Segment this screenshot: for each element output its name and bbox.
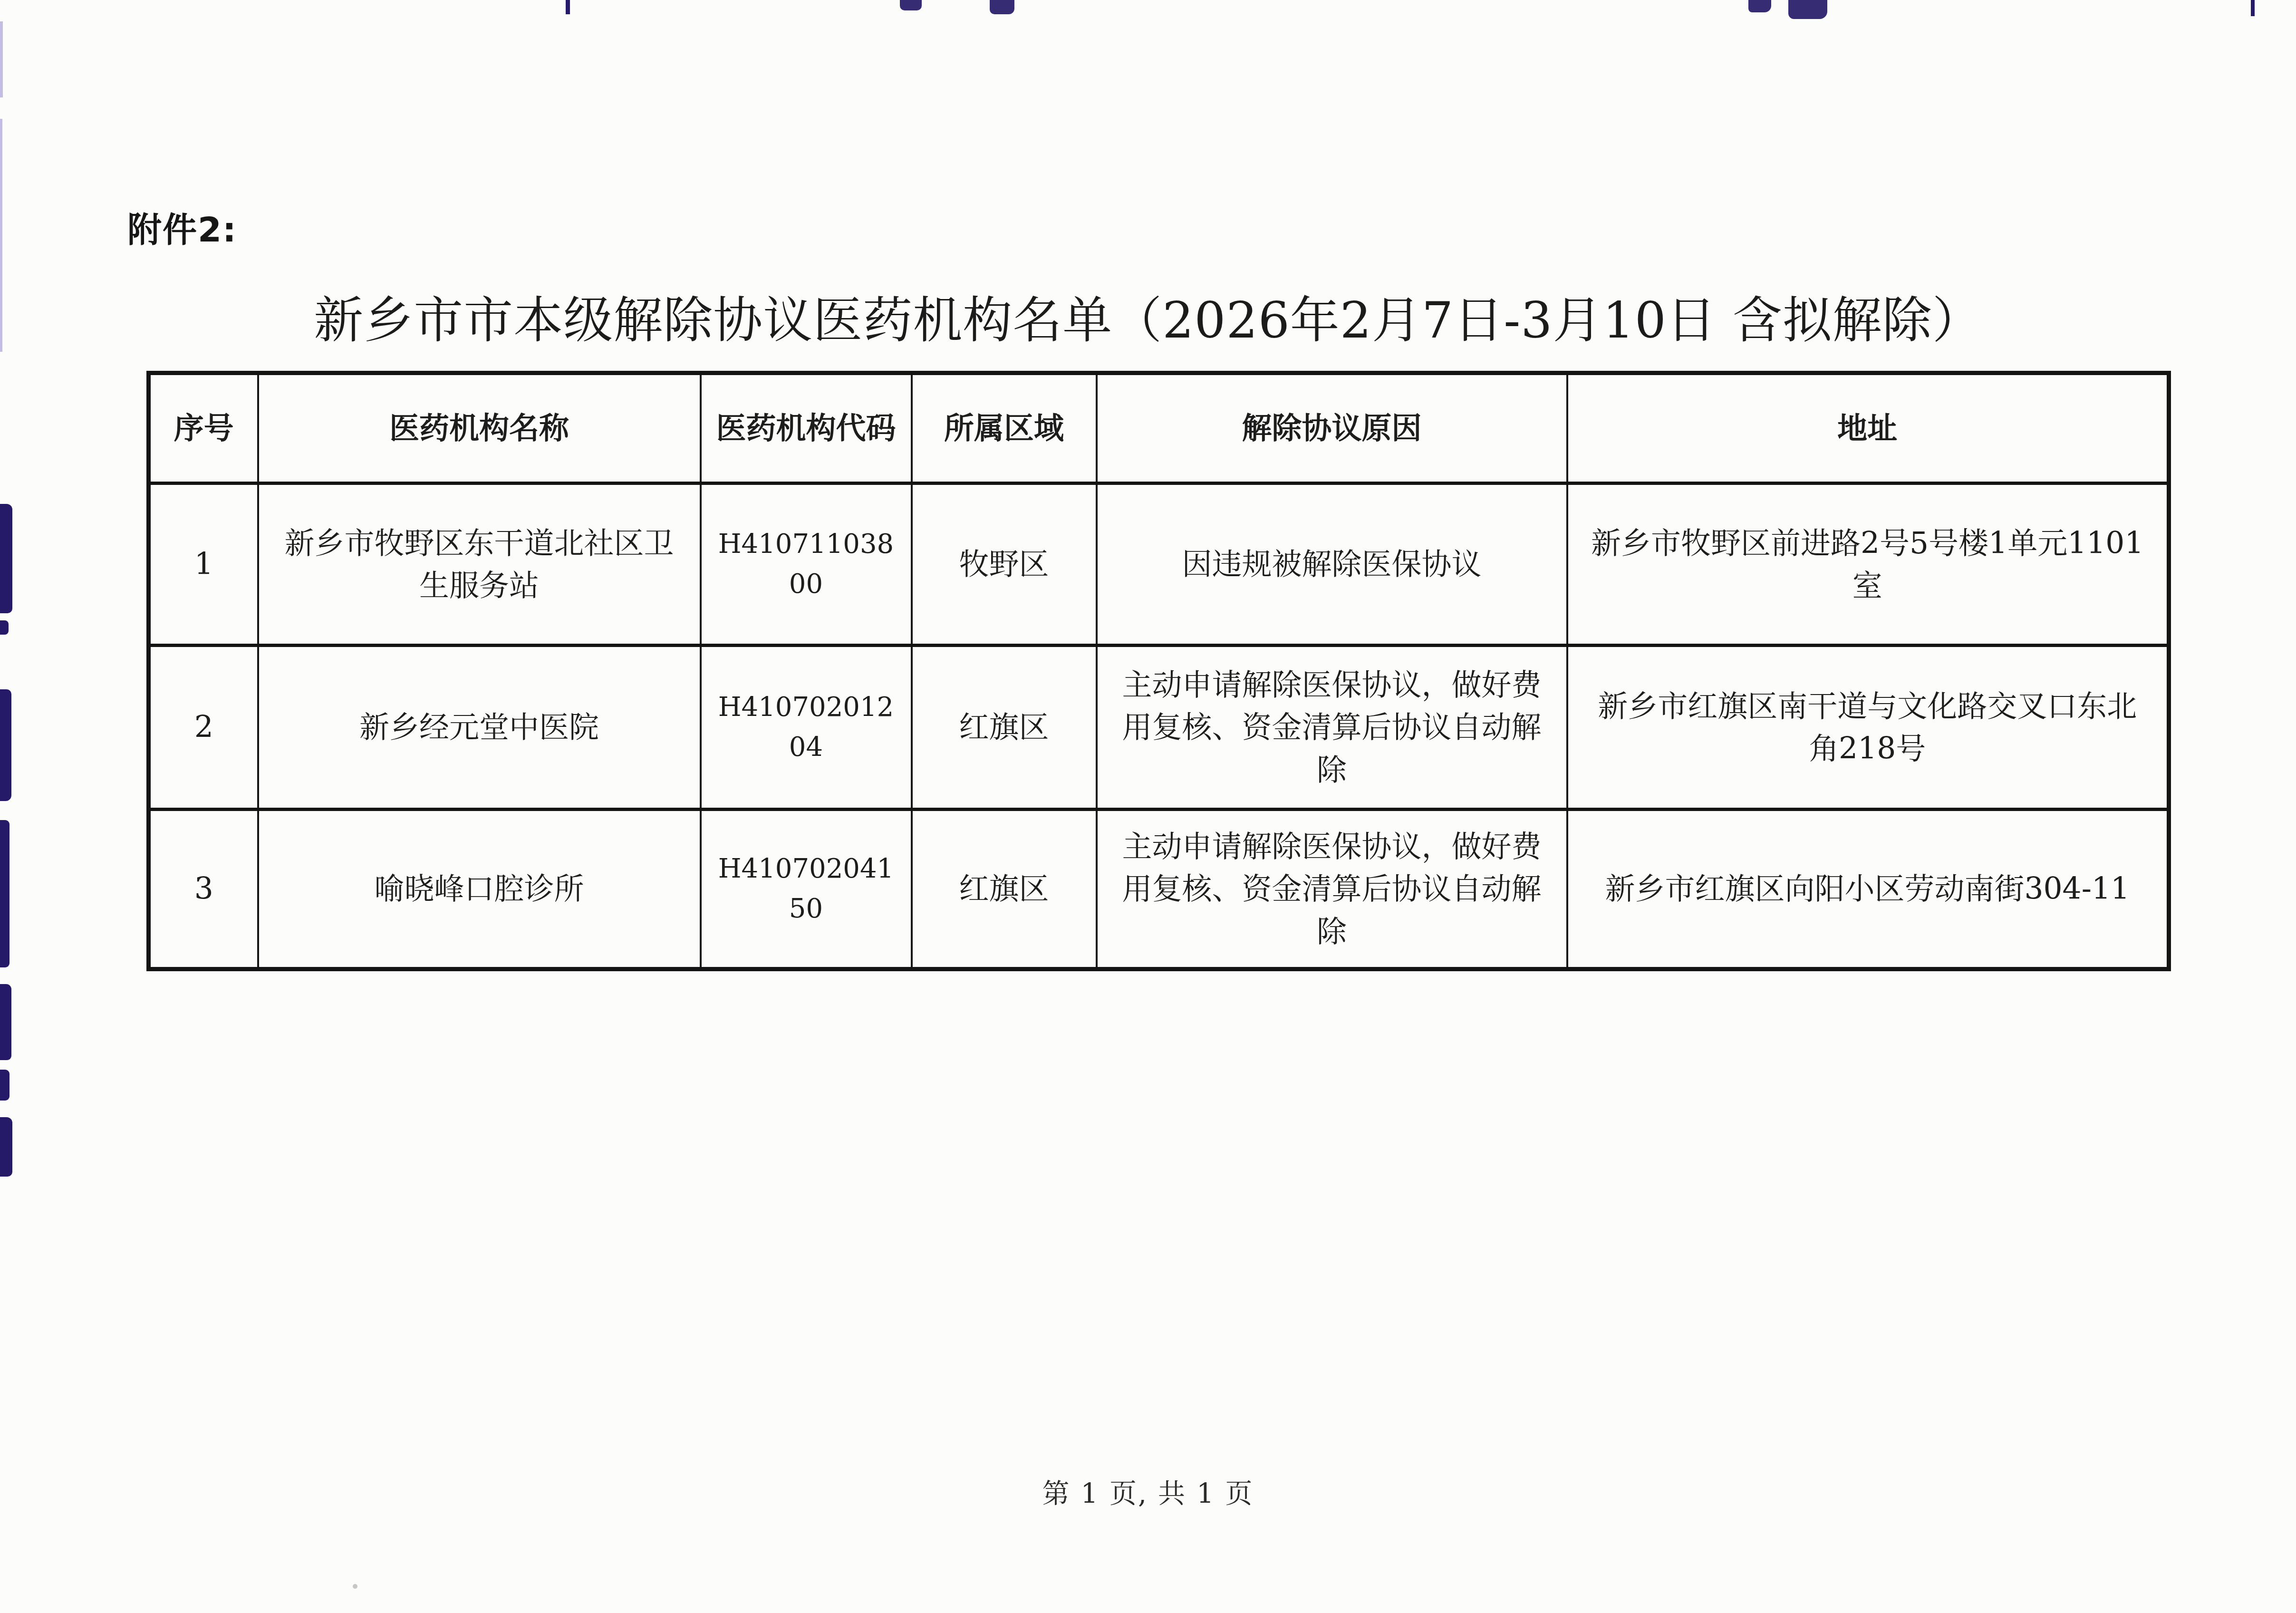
table-header-row: 序号 医药机构名称 医药机构代码 所属区域 解除协议原因 地址: [149, 373, 2169, 483]
page-number-footer: 第 1 页, 共 1 页: [0, 1472, 2296, 1511]
header-cell-reason: 解除协议原因: [1097, 373, 1567, 483]
institutions-table: 序号 医药机构名称 医药机构代码 所属区域 解除协议原因 地址 1 新乡市牧野区…: [146, 371, 2171, 971]
scan-artifact-top-line-2: [2251, 0, 2255, 16]
table-row: 3 喻晓峰口腔诊所 H41070204150 红旗区 主动申请解除医保协议，做好…: [149, 810, 2169, 969]
cell-code: H41070204150: [701, 810, 912, 969]
scan-artifact-left-blob-3: [0, 689, 11, 801]
institution-name: 新乡市牧野区东干道北社区卫生服务站: [271, 522, 687, 607]
scan-artifact-left-blob-2: [0, 620, 9, 635]
scan-artifact-top-blob-1: [900, 0, 922, 10]
cell-address: 新乡市牧野区前进路2号5号楼1单元1101室: [1567, 483, 2169, 646]
attachment-label: 附件2:: [127, 202, 237, 251]
cell-seq: 3: [149, 810, 258, 969]
termination-reason: 主动申请解除医保协议，做好费用复核、资金清算后协议自动解除: [1109, 664, 1554, 791]
page-title: 新乡市市本级解除协议医药机构名单（2026年2月7日-3月10日 含拟解除）: [0, 280, 2296, 352]
scanned-document-page: { "page": { "attachment_label": "附件2:", …: [0, 0, 2296, 1613]
cell-district: 牧野区: [912, 483, 1097, 646]
header-cell-address: 地址: [1567, 373, 2169, 483]
scan-artifact-left-blob-6: [0, 1070, 10, 1101]
cell-reason: 因违规被解除医保协议: [1097, 483, 1567, 646]
institution-address: 新乡市红旗区南干道与文化路交叉口东北角218号: [1591, 685, 2144, 770]
cell-address: 新乡市红旗区向阳小区劳动南街304-11: [1567, 810, 2169, 969]
header-cell-district: 所属区域: [912, 373, 1097, 483]
termination-reason: 因违规被解除医保协议: [1182, 543, 1482, 585]
cell-district: 红旗区: [912, 646, 1097, 810]
institution-code: H41070204150: [710, 849, 902, 929]
cell-name: 新乡市牧野区东干道北社区卫生服务站: [258, 483, 701, 646]
institution-name: 喻晓峰口腔诊所: [375, 868, 584, 910]
header-cell-name: 医药机构名称: [258, 373, 701, 483]
termination-reason: 主动申请解除医保协议，做好费用复核、资金清算后协议自动解除: [1109, 825, 1554, 953]
scan-artifact-left-blob-5: [0, 984, 11, 1060]
institution-code: H41070201204: [710, 687, 902, 767]
institution-code: H41071103800: [710, 524, 902, 604]
cell-code: H41070201204: [701, 646, 912, 810]
cell-district: 红旗区: [912, 810, 1097, 969]
table-row: 1 新乡市牧野区东干道北社区卫生服务站 H41071103800 牧野区 因违规…: [149, 483, 2169, 646]
institution-address: 新乡市红旗区向阳小区劳动南街304-11: [1605, 868, 2130, 910]
institution-address: 新乡市牧野区前进路2号5号楼1单元1101室: [1591, 522, 2144, 607]
scan-artifact-left-blob-7: [0, 1117, 12, 1177]
scan-artifact-top-blob-2: [990, 0, 1014, 14]
scan-artifact-left-blob-4: [0, 820, 10, 967]
header-cell-seq: 序号: [149, 373, 258, 483]
cell-address: 新乡市红旗区南干道与文化路交叉口东北角218号: [1567, 646, 2169, 810]
scan-artifact-top-blob-4: [1788, 0, 1827, 19]
cell-code: H41071103800: [701, 483, 912, 646]
scan-artifact-left-streak-1: [0, 21, 3, 97]
scan-artifact-top-line-1: [566, 0, 570, 14]
cell-name: 喻晓峰口腔诊所: [258, 810, 701, 969]
cell-reason: 主动申请解除医保协议，做好费用复核、资金清算后协议自动解除: [1097, 810, 1567, 969]
scan-artifact-top-blob-3: [1748, 0, 1771, 12]
table-row: 2 新乡经元堂中医院 H41070201204 红旗区 主动申请解除医保协议，做…: [149, 646, 2169, 810]
institution-name: 新乡经元堂中医院: [359, 706, 599, 748]
cell-seq: 2: [149, 646, 258, 810]
scan-artifact-left-blob-1: [0, 504, 12, 613]
cell-reason: 主动申请解除医保协议，做好费用复核、资金清算后协议自动解除: [1097, 646, 1567, 810]
cell-seq: 1: [149, 483, 258, 646]
header-cell-code: 医药机构代码: [701, 373, 912, 483]
cell-name: 新乡经元堂中医院: [258, 646, 701, 810]
scan-speck: [353, 1584, 357, 1589]
